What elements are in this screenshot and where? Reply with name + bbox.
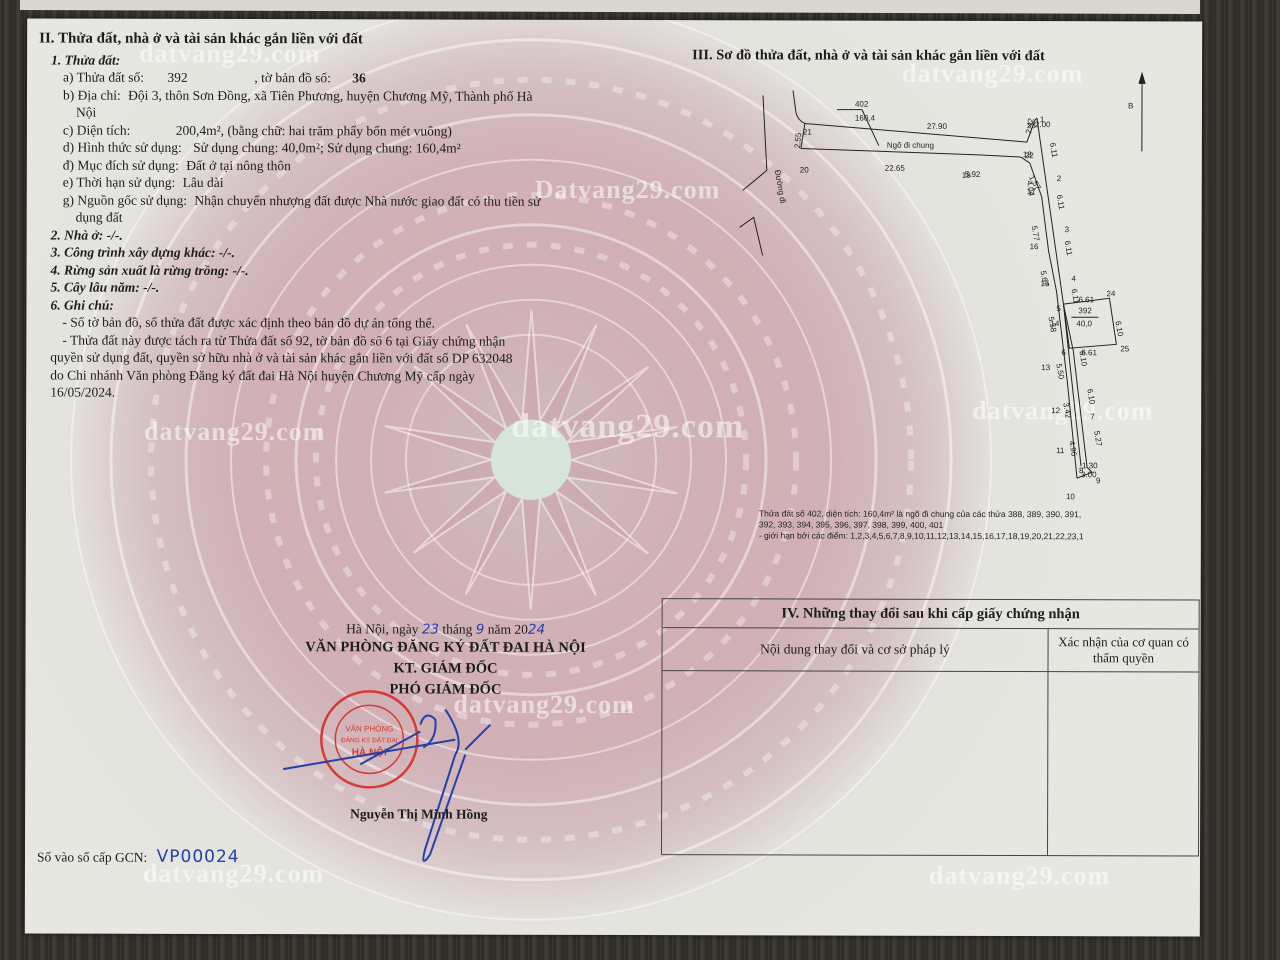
svg-text:11: 11 <box>1056 446 1065 455</box>
svg-text:14: 14 <box>1050 319 1059 328</box>
svg-text:10: 10 <box>1066 492 1075 501</box>
svg-text:3: 3 <box>1065 225 1070 234</box>
changes-table: IV. Những thay đổi sau khi cấp giấy chứn… <box>661 598 1200 856</box>
official-stamp-icon: VĂN PHÒNG ĐĂNG KÝ ĐẤT ĐAI HÀ NỘI <box>317 687 421 791</box>
day: 23 <box>422 621 439 637</box>
svg-text:24: 24 <box>1106 289 1115 298</box>
svg-text:5.50: 5.50 <box>1054 363 1066 380</box>
month: 9 <box>476 622 485 638</box>
svg-text:40,0: 40,0 <box>1076 319 1092 328</box>
svg-text:16: 16 <box>1030 242 1039 251</box>
dimension-labels: B 402 160,4 392 40,0 Ngõ đi chung 27.90 … <box>772 99 1133 479</box>
register-number: VP00024 <box>157 847 240 867</box>
svg-text:19: 19 <box>962 171 971 180</box>
svg-text:6.11: 6.11 <box>1055 194 1067 211</box>
svg-text:25: 25 <box>1120 344 1129 353</box>
svg-text:3.42: 3.42 <box>1061 402 1073 419</box>
svg-text:22.65: 22.65 <box>885 164 906 173</box>
svg-text:5.77: 5.77 <box>1030 225 1042 242</box>
changes-header-row: Nội dung thay đổi và cơ sở pháp lý Xác n… <box>662 628 1198 672</box>
sheet-behind <box>20 0 1200 14</box>
svg-text:27.90: 27.90 <box>927 122 948 131</box>
svg-text:20: 20 <box>800 165 809 174</box>
svg-text:12: 12 <box>1051 406 1060 415</box>
svg-text:Ngõ đi chung: Ngõ đi chung <box>887 141 934 150</box>
svg-text:6.11: 6.11 <box>1048 142 1060 159</box>
svg-text:HÀ NỘI: HÀ NỘI <box>352 745 387 758</box>
svg-text:5.27: 5.27 <box>1092 430 1104 447</box>
svg-text:Đường đi: Đường đi <box>773 169 788 204</box>
col-change-content: Nội dung thay đổi và cơ sở pháp lý <box>662 628 1048 671</box>
svg-text:6: 6 <box>1061 348 1066 357</box>
svg-text:7: 7 <box>1090 412 1095 421</box>
on-behalf: KT. GIÁM ĐỐC <box>265 658 625 680</box>
svg-text:23: 23 <box>1027 121 1036 130</box>
svg-text:6.11: 6.11 <box>1070 288 1082 305</box>
svg-text:4.96: 4.96 <box>1067 440 1079 457</box>
svg-text:4: 4 <box>1072 274 1077 283</box>
svg-text:392: 392 <box>1078 306 1092 315</box>
col-authority-confirm: Xác nhận của cơ quan có thẩm quyền <box>1048 629 1198 671</box>
svg-text:6.10: 6.10 <box>1085 388 1097 405</box>
diagram-legend: Thửa đất số 402, diện tích: 160,4m² là n… <box>759 508 1159 542</box>
issue-date: Hà Nội, ngày 23 tháng 9 năm 2024 <box>266 621 626 638</box>
svg-text:2: 2 <box>1057 174 1062 183</box>
svg-text:17: 17 <box>1027 187 1036 196</box>
year: 24 <box>528 622 545 638</box>
svg-text:6.11: 6.11 <box>1063 240 1075 257</box>
svg-text:VĂN PHÒNG: VĂN PHÒNG <box>345 724 393 733</box>
svg-text:9: 9 <box>1096 476 1101 485</box>
svg-text:5: 5 <box>1056 304 1061 313</box>
svg-text:6.10: 6.10 <box>1077 350 1089 367</box>
svg-text:8: 8 <box>1079 466 1084 475</box>
signer-name: Nguyễn Thị Minh Hồng <box>350 806 487 822</box>
register-number-row: Số vào sổ cấp GCN: VP00024 <box>37 846 240 867</box>
changes-title: IV. Những thay đổi sau khi cấp giấy chứn… <box>663 599 1199 629</box>
svg-text:1.30: 1.30 <box>1082 461 1098 470</box>
svg-text:402: 402 <box>855 100 869 109</box>
svg-text:160,4: 160,4 <box>855 114 876 123</box>
svg-text:13: 13 <box>1041 363 1050 372</box>
register-label: Số vào sổ cấp GCN: <box>37 849 147 864</box>
office-name: VĂN PHÒNG ĐĂNG KÝ ĐẤT ĐAI HÀ NỘI <box>266 637 626 659</box>
svg-text:2.55: 2.55 <box>793 132 803 149</box>
land-certificate-page: datvang29.com datvang29.com Datvang29.co… <box>25 18 1202 936</box>
north-label: B <box>1128 101 1133 110</box>
legend-line: - giới hạn bởi các điểm: 1,2,3,4,5,6,7,8… <box>759 530 1159 542</box>
svg-text:21: 21 <box>803 127 812 136</box>
svg-text:1: 1 <box>1040 115 1045 124</box>
changes-empty-cell <box>662 671 1048 855</box>
svg-text:22: 22 <box>1025 151 1034 160</box>
changes-body <box>662 671 1198 855</box>
svg-text:ĐĂNG KÝ ĐẤT ĐAI: ĐĂNG KÝ ĐẤT ĐAI <box>341 734 398 744</box>
svg-text:15: 15 <box>1040 279 1049 288</box>
